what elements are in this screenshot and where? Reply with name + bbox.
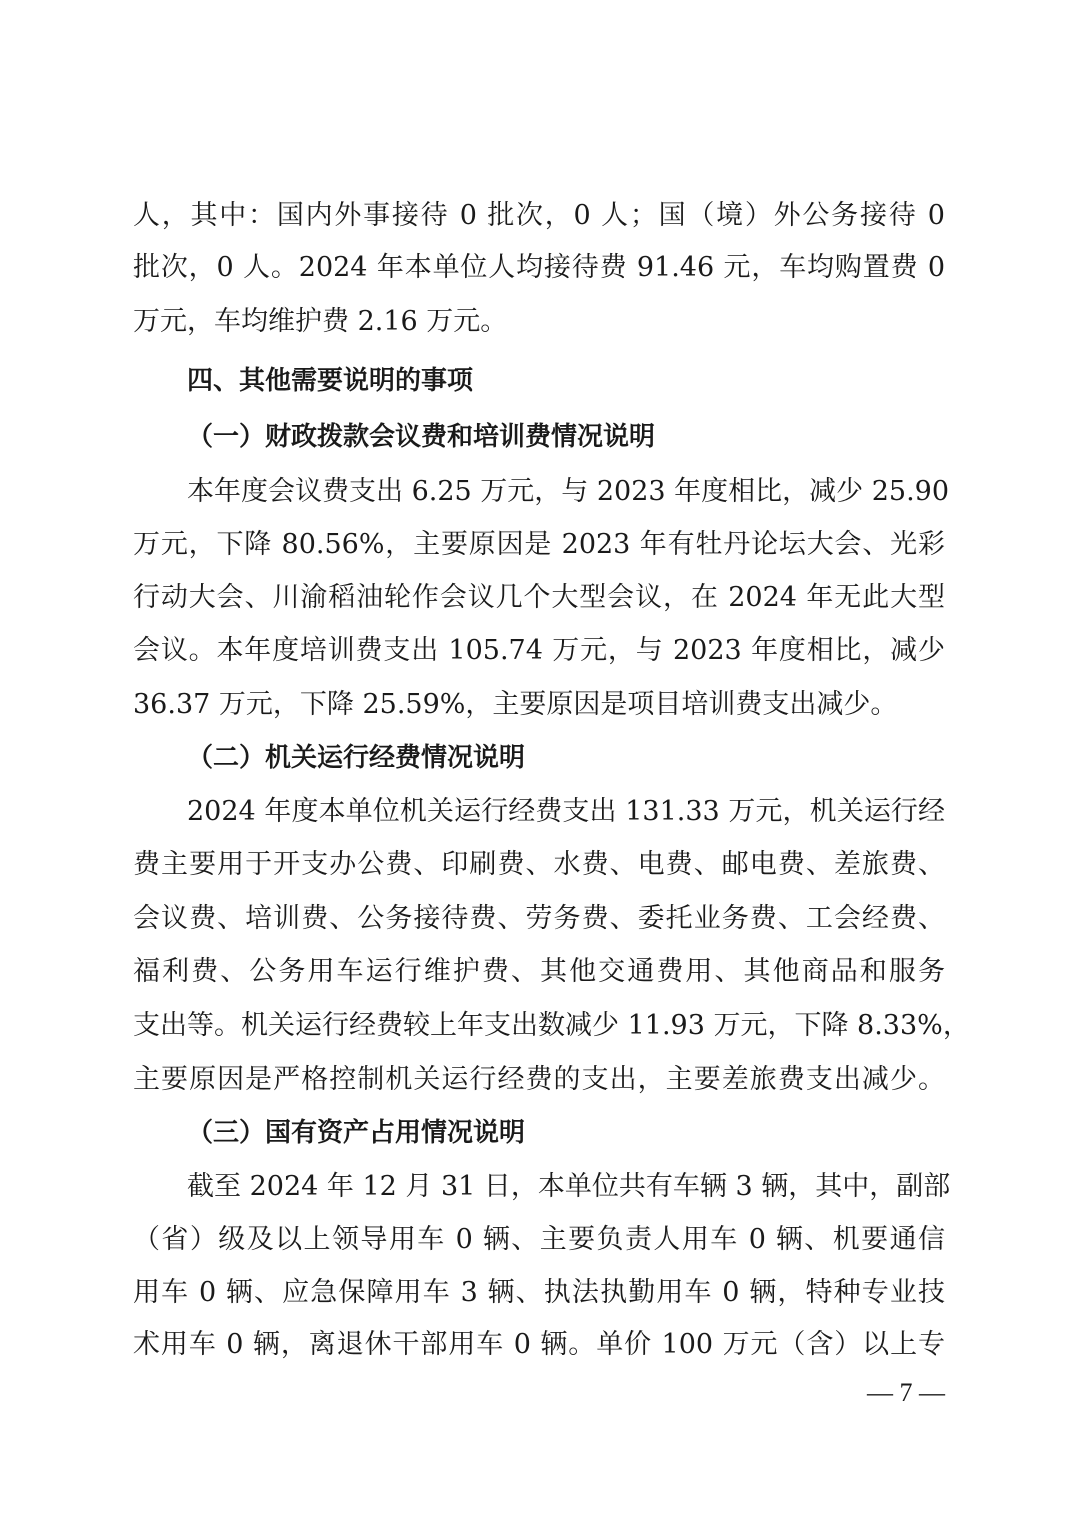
paragraph-line: 用车 0 辆、应急保障用车 3 辆、执法执勤用车 0 辆，特种专业技: [133, 1273, 945, 1313]
subsection-heading: （三）国有资产占用情况说明: [187, 1113, 525, 1153]
paragraph-line: 支出等。机关运行经费较上年支出数减少 11.93 万元，下降 8.33%，: [133, 1006, 945, 1046]
paragraph-line: 36.37 万元，下降 25.59%，主要原因是项目培训费支出减少。: [133, 685, 945, 725]
paragraph-line: 会议费、培训费、公务接待费、劳务费、委托业务费、工会经费、: [133, 899, 945, 939]
paragraph-line: 2024 年度本单位机关运行经费支出 131.33 万元，机关运行经: [187, 792, 945, 832]
paragraph-line: 福利费、公务用车运行维护费、其他交通费用、其他商品和服务: [133, 952, 945, 992]
subsection-heading: （一）财政拨款会议费和培训费情况说明: [187, 417, 655, 457]
document-page: 人，其中：国内外事接待 0 批次，0 人；国（境）外公务接待 0 批次，0 人。…: [0, 0, 1075, 1520]
paragraph-line: （省）级及以上领导用车 0 辆、主要负责人用车 0 辆、机要通信: [133, 1220, 945, 1260]
paragraph-line: 万元，下降 80.56%，主要原因是 2023 年有牡丹论坛大会、光彩: [133, 525, 945, 565]
paragraph-line: 批次，0 人。2024 年本单位人均接待费 91.46 元，车均购置费 0: [133, 248, 945, 288]
paragraph-line: 行动大会、川渝稻油轮作会议几个大型会议，在 2024 年无此大型: [133, 578, 945, 618]
paragraph-line: 万元，车均维护费 2.16 万元。: [133, 302, 945, 342]
paragraph-line: 术用车 0 辆，离退休干部用车 0 辆。单价 100 万元（含）以上专: [133, 1325, 945, 1365]
paragraph-line: 费主要用于开支办公费、印刷费、水费、电费、邮电费、差旅费、: [133, 845, 945, 885]
paragraph-line: 本年度会议费支出 6.25 万元，与 2023 年度相比，减少 25.90: [187, 472, 945, 512]
paragraph-line: 截至 2024 年 12 月 31 日，本单位共有车辆 3 辆，其中，副部: [187, 1167, 945, 1207]
subsection-heading: （二）机关运行经费情况说明: [187, 738, 525, 778]
paragraph-line: 主要原因是严格控制机关运行经费的支出，主要差旅费支出减少。: [133, 1060, 945, 1100]
section-heading: 四、其他需要说明的事项: [187, 361, 473, 401]
paragraph-line: 人，其中：国内外事接待 0 批次，0 人；国（境）外公务接待 0: [133, 196, 945, 236]
page-number: — 7 —: [867, 1375, 945, 1411]
paragraph-line: 会议。本年度培训费支出 105.74 万元，与 2023 年度相比，减少: [133, 631, 945, 671]
